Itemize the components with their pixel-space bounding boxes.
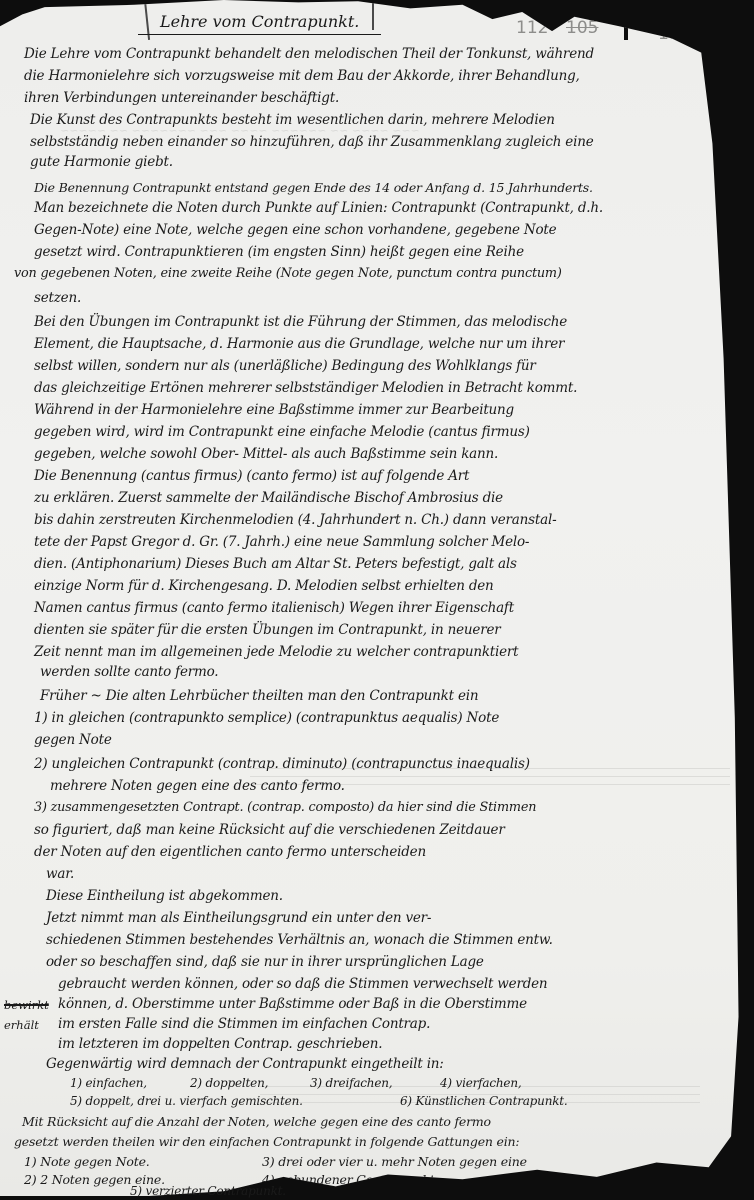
- text-line: Element, die Hauptsache, d. Harmonie aus…: [34, 336, 564, 352]
- tear-crease: [624, 0, 628, 40]
- text-line: selbst willen, sondern nur als (unerläßl…: [34, 358, 536, 374]
- text-line: die Harmonielehre sich vorzugsweise mit …: [24, 68, 580, 84]
- text-line: zu erklären. Zuerst sammelte der Mailänd…: [34, 490, 503, 506]
- text-line: Namen cantus firmus (canto fermo italien…: [34, 600, 514, 616]
- text-line: gesetzt werden theilen wir den einfachen…: [14, 1134, 519, 1149]
- text-line: Während in der Harmonielehre eine Baßsti…: [34, 402, 514, 418]
- text-line: können, d. Oberstimme unter Baßstimme od…: [58, 996, 527, 1012]
- text-line: so figuriert, daß man keine Rücksicht au…: [34, 822, 505, 838]
- text-line: selbstständig neben einander so hinzufüh…: [30, 134, 594, 150]
- list-item: 2) doppelten,: [190, 1076, 268, 1090]
- text-line: dienten sie später für die ersten Übunge…: [34, 622, 501, 638]
- text-line: gebraucht werden können, oder so daß die…: [58, 976, 547, 992]
- text-line: werden sollte canto fermo.: [40, 664, 218, 680]
- text-line: tete der Papst Gregor d. Gr. (7. Jahrh.)…: [34, 534, 529, 550]
- text-line: gegen Note: [34, 732, 112, 748]
- page-title: Lehre vom Contrapunkt.: [138, 12, 381, 35]
- text-line: Die Benennung (cantus firmus) (canto fer…: [34, 468, 469, 484]
- text-line: von gegebenen Noten, eine zweite Reihe (…: [14, 266, 562, 281]
- text-line: gegeben wird, wird im Contrapunkt eine e…: [34, 424, 530, 440]
- text-line: gesetzt wird. Contrapunktieren (im engst…: [34, 244, 524, 260]
- manuscript-page: ~~~ ~~~~ ~~ ~~~~~~ ~~~~ ~~~ ~~~~~~~ ~~ ~…: [0, 0, 746, 1196]
- species-item: 4) gebundener Contrapunkt: [262, 1172, 434, 1187]
- text-line: Man bezeichnete die Noten durch Punkte a…: [34, 200, 603, 216]
- text-line: Bei den Übungen im Contrapunkt ist die F…: [34, 314, 567, 330]
- list-item: 4) vierfachen,: [440, 1076, 521, 1090]
- list-item: 6) Künstlichen Contrapunkt.: [400, 1094, 568, 1108]
- text-line: dien. (Antiphonarium) Dieses Buch am Alt…: [34, 556, 517, 572]
- species-item: 3) drei oder vier u. mehr Noten gegen ei…: [262, 1154, 527, 1169]
- list-item: 5) doppelt, drei u. vierfach gemischten.: [70, 1094, 303, 1108]
- list-item: 3) dreifachen,: [310, 1076, 392, 1090]
- text-line: ihren Verbindungen untereinander beschäf…: [24, 90, 339, 106]
- text-line: Die Lehre vom Contrapunkt behandelt den …: [24, 46, 594, 62]
- text-line: gegeben, welche sowohl Ober- Mittel- als…: [34, 446, 498, 462]
- text-line: Früher ~ Die alten Lehrbücher theilten m…: [40, 688, 478, 704]
- text-line: Diese Eintheilung ist abgekommen.: [46, 888, 283, 904]
- list-item: 3) zusammengesetzten Contrapt. (contrap.…: [34, 800, 536, 815]
- text-line: war.: [46, 866, 74, 882]
- text-line: einzige Norm für d. Kirchengesang. D. Me…: [34, 578, 494, 594]
- text-line: schiedenen Stimmen bestehendes Verhältni…: [46, 932, 553, 948]
- list-item: 1) einfachen,: [70, 1076, 147, 1090]
- archive-number: 112: [516, 18, 548, 38]
- text-line: Gegenwärtig wird demnach der Contrapunkt…: [46, 1056, 444, 1072]
- species-item: 5) verzierter Contrapunkt.: [130, 1184, 286, 1198]
- text-line: Mit Rücksicht auf die Anzahl der Noten, …: [22, 1114, 491, 1129]
- species-item: 1) Note gegen Note.: [24, 1154, 150, 1169]
- text-line: mehrere Noten gegen eine des canto fermo…: [50, 778, 345, 794]
- sheet-number-alt: 1.: [700, 30, 716, 50]
- text-line: Die Kunst des Contrapunkts besteht im we…: [30, 112, 555, 128]
- list-item: 2) ungleichen Contrapunkt (contrap. dimi…: [34, 756, 530, 772]
- text-line: bis dahin zerstreuten Kirchenmelodien (4…: [34, 512, 556, 528]
- text-line: gute Harmonie giebt.: [30, 154, 173, 170]
- text-line: Die Benennung Contrapunkt entstand gegen…: [34, 180, 593, 195]
- text-line: Jetzt nimmt man als Eintheilungsgrund ei…: [46, 910, 431, 926]
- text-line: setzen.: [34, 290, 81, 306]
- bleed-through-staff: [250, 776, 730, 777]
- list-item: 1) in gleichen (contrapunkto semplice) (…: [34, 710, 499, 726]
- margin-note: bewirkt: [4, 998, 49, 1012]
- text-line: im letzteren im doppelten Contrap. gesch…: [58, 1036, 382, 1052]
- text-line: Gegen-Note) eine Note, welche gegen eine…: [34, 222, 556, 238]
- crossed-archive-number: 105: [566, 18, 598, 38]
- sheet-number: 1.: [658, 24, 674, 44]
- text-line: Zeit nennt man im allgemeinen jede Melod…: [34, 644, 518, 660]
- text-line: der Noten auf den eigentlichen canto fer…: [34, 844, 426, 860]
- text-line: im ersten Falle sind die Stimmen im einf…: [58, 1016, 430, 1032]
- margin-note: erhält: [4, 1018, 39, 1032]
- text-line: oder so beschaffen sind, daß sie nur in …: [46, 954, 484, 970]
- text-line: das gleichzeitige Ertönen mehrerer selbs…: [34, 380, 577, 396]
